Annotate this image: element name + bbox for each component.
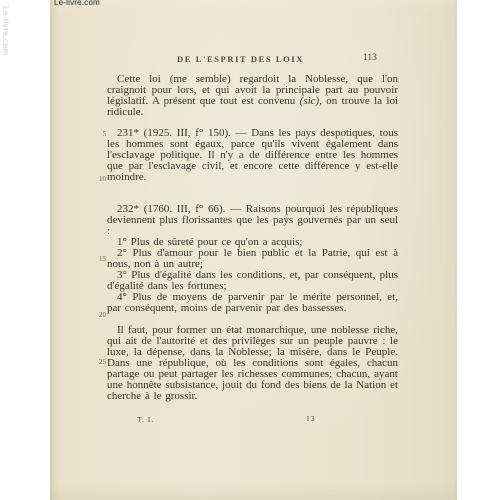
list-item-3: 3° Plus d'égalité dans les conditions, e… [107, 270, 398, 292]
paragraph-final-text: Il faut, pour former un état monarchique… [107, 325, 398, 402]
paragraph-intro-text: Cette loi (me semble) regardoit la Noble… [107, 74, 398, 118]
margin-line-number-15: 15 [91, 255, 106, 263]
paragraph-231-text: 231* (1925. III, f° 150). — Dans les pay… [107, 128, 398, 183]
list-item-4: 4° Plus de moyens de parvenir par le mér… [107, 292, 398, 314]
page-number: 113 [363, 53, 377, 63]
paragraph-232: 232* (1760. III, f° 66). — Raisons pourq… [107, 204, 398, 237]
numbered-list: 1° Plus de sûreté pour ce qu'on a acquis… [107, 237, 398, 314]
margin-line-number-25: 25 [91, 358, 106, 366]
margin-line-number-20: 20 [91, 311, 106, 319]
paragraph-final: Il faut, pour former un état monarchique… [107, 325, 398, 402]
scanned-page: Le-livre.com DE L'ESPRIT DES LOIX 113 5 … [50, 0, 457, 500]
paragraph-intro-sic: (sic) [300, 95, 320, 107]
paragraph-intro: Cette loi (me semble) regardoit la Noble… [107, 74, 398, 118]
margin-line-number-5: 5 [91, 130, 106, 138]
left-margin-watermark: Le-livre.com [1, 6, 10, 56]
top-watermark: Le-livre.com [54, 0, 100, 7]
footer-volume-mark: T. I. [137, 415, 154, 424]
running-title: DE L'ESPRIT DES LOIX [177, 54, 304, 64]
paragraph-231: 231* (1925. III, f° 150). — Dans les pay… [107, 128, 398, 183]
scanned-book-screenshot: { "watermarks": { "top": "Le-livre.com",… [0, 0, 500, 500]
running-head: DE L'ESPRIT DES LOIX 113 [107, 54, 398, 66]
paragraph-232-text: 232* (1760. III, f° 66). — Raisons pourq… [107, 204, 398, 237]
margin-line-number-10: 10 [91, 175, 106, 183]
list-item-2: 2° Plus d'amour pour le bien public et l… [107, 248, 398, 270]
footer-signature-mark: 13 [306, 414, 316, 423]
